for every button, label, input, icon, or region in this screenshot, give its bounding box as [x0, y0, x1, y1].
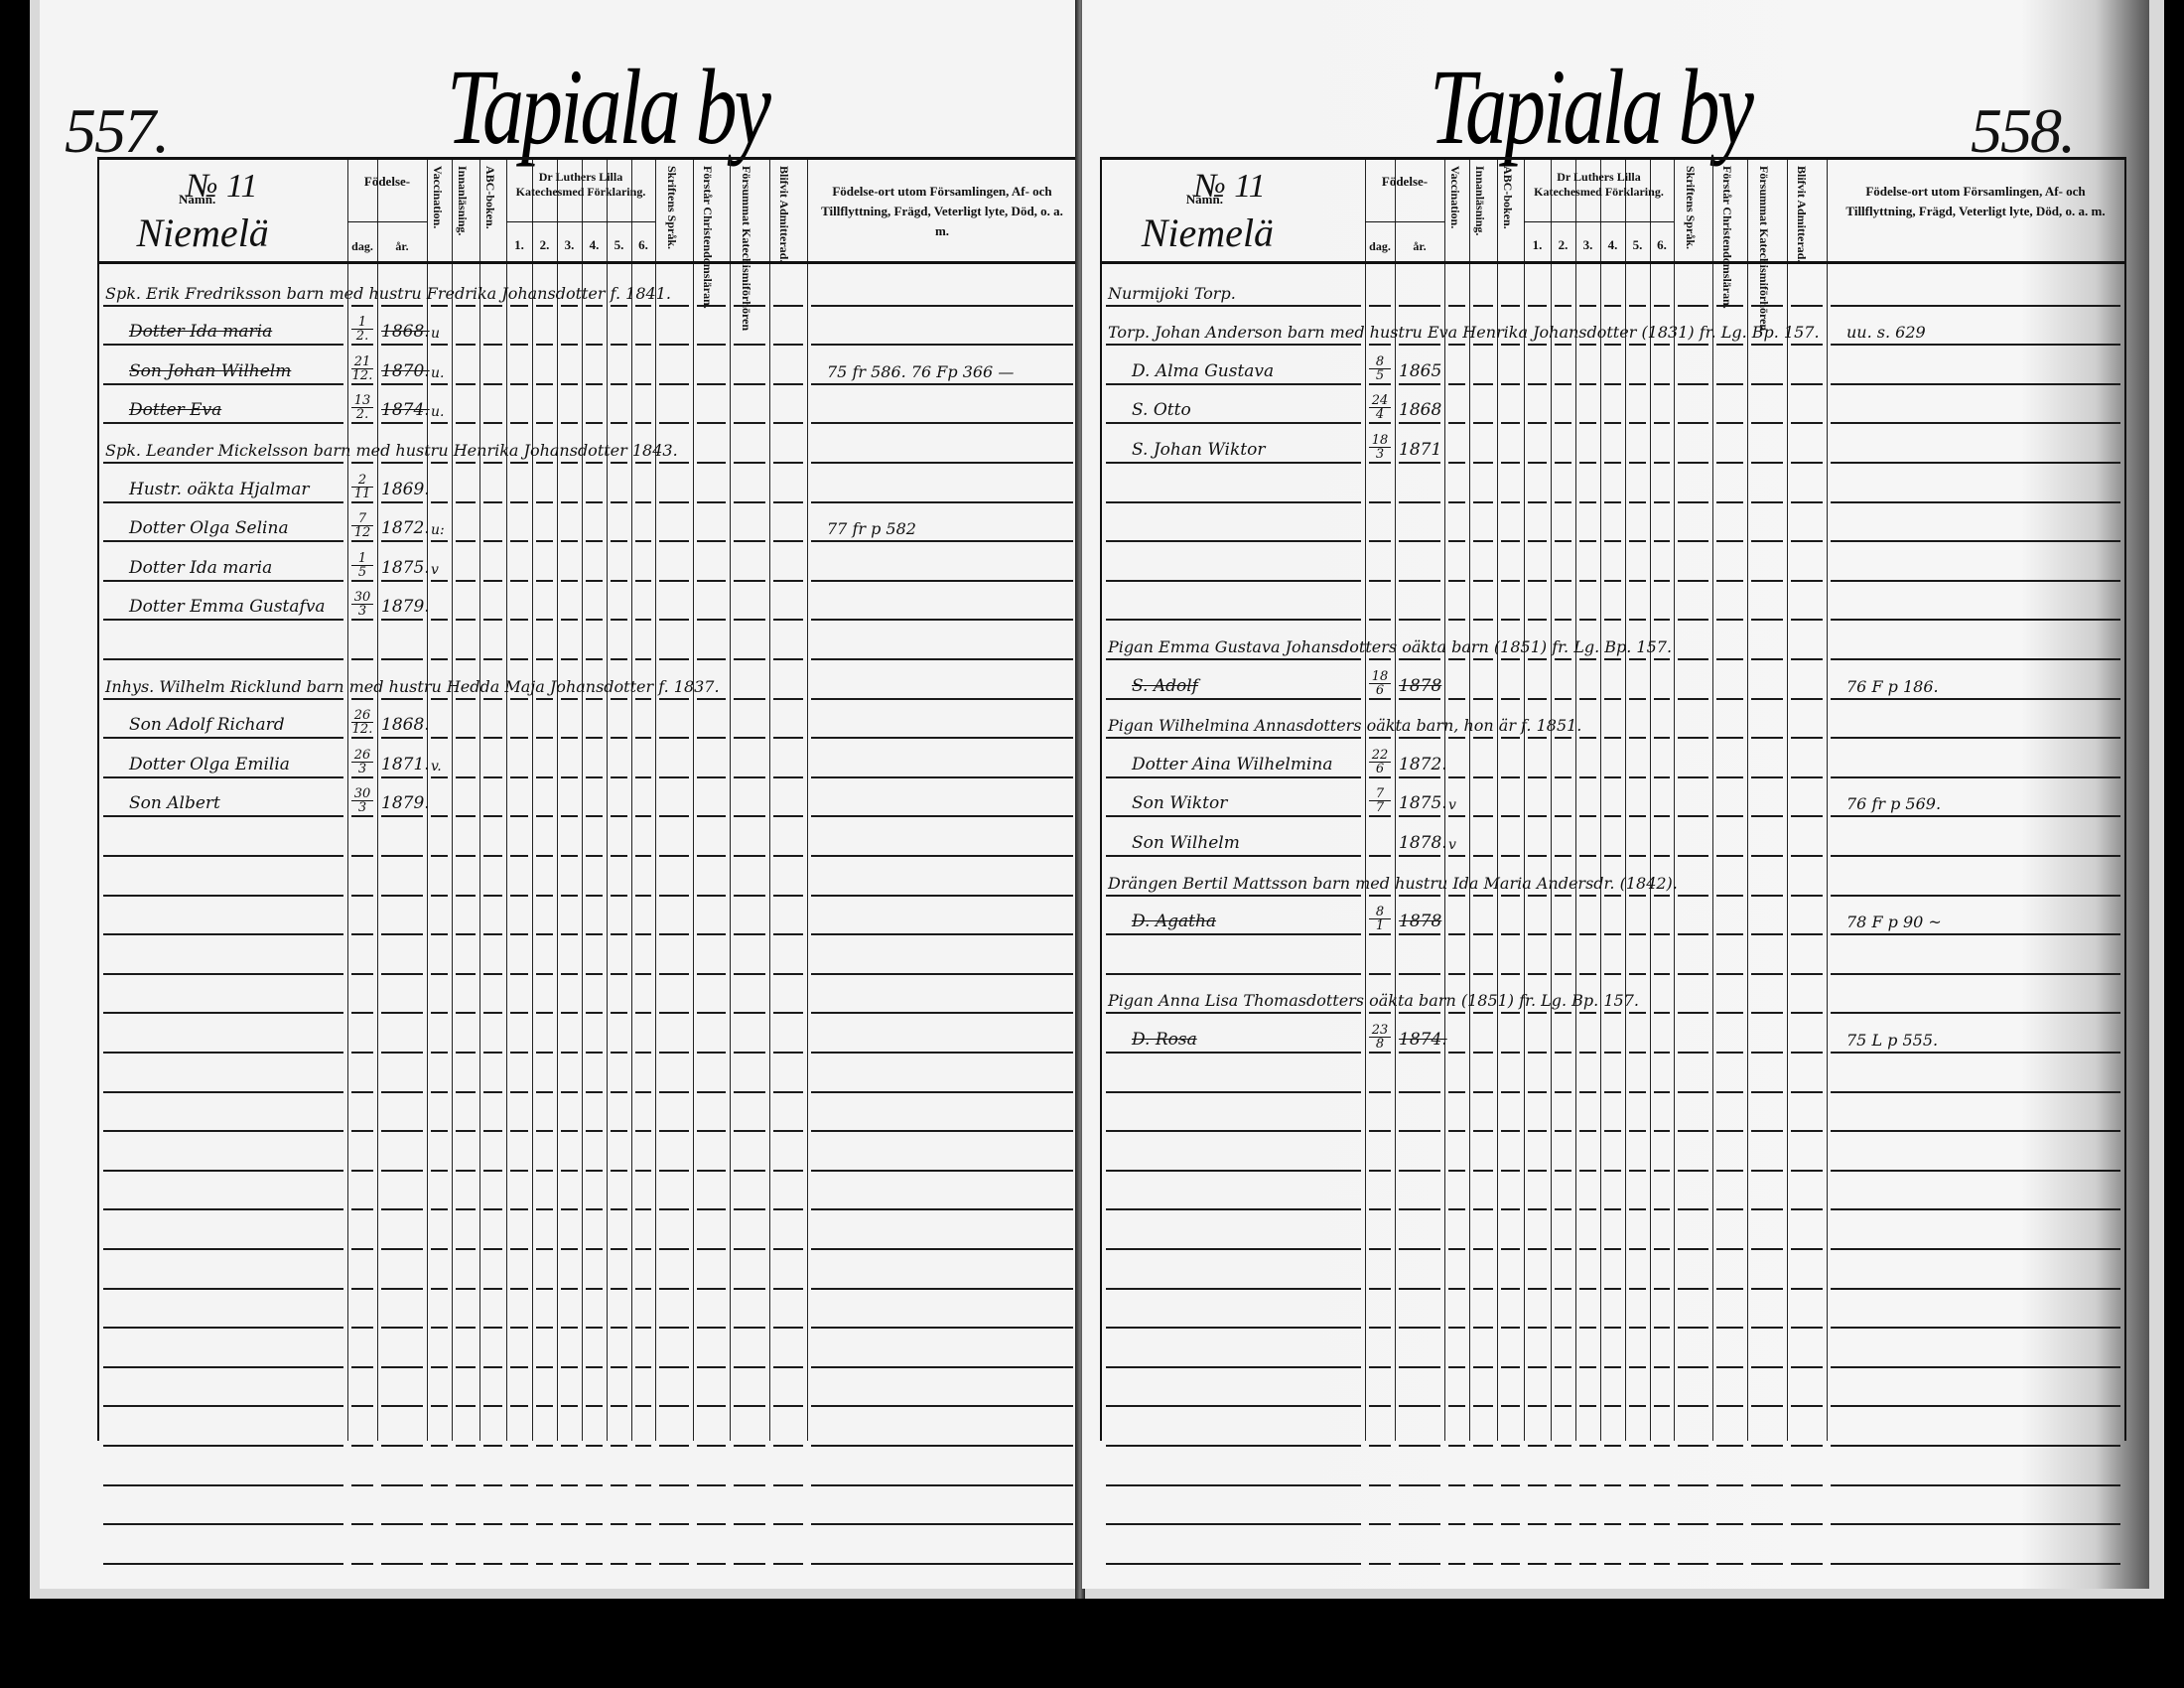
entry-name: Spk. Erik Fredriksson barn med hustru Fr… — [105, 284, 671, 303]
catechism-subline — [506, 221, 655, 222]
admitterad-label: Blifvit Admitterad. — [777, 166, 790, 262]
entry-year: 1871. — [381, 755, 430, 774]
birth-label: Födelse- — [1365, 174, 1444, 190]
entry-note: 75 fr 586. 76 Fp 366 — — [827, 362, 1014, 381]
entry-name: Dotter Emma Gustafva — [129, 597, 326, 617]
table-row — [99, 1250, 1077, 1290]
row-rule — [811, 1563, 1073, 1565]
remarks-label: Födelse-ort utom Församlingen, Af- och T… — [1827, 182, 2124, 221]
table-row — [99, 1407, 1077, 1447]
entry-day: 2112. — [351, 355, 373, 382]
row-rule — [536, 1563, 553, 1565]
row-rule — [1751, 1563, 1783, 1565]
table-row: Dotter Emma Gustafva3031879. — [99, 582, 1077, 622]
entry-name: Pigan Wilhelmina Annasdotters oäkta barn… — [1108, 716, 1581, 735]
table-row — [1102, 1210, 2124, 1250]
table-row — [1102, 1172, 2124, 1211]
entry-day: 85 — [1369, 355, 1391, 382]
innanlasning-label: Innanläsning. — [1473, 166, 1486, 235]
entry-name: D. Rosa — [1132, 1030, 1197, 1050]
entry-name: Son Wiktor — [1132, 793, 1227, 813]
entry-name: Son Albert — [129, 793, 220, 813]
row-rule — [456, 1563, 476, 1565]
row-rule — [1448, 1563, 1465, 1565]
catechism-col-6: 6. — [631, 237, 655, 253]
vaccination-label: Vaccination. — [431, 166, 444, 228]
table-row: Spk. Erik Fredriksson barn med hustru Fr… — [99, 267, 1077, 307]
entry-year: 1868 — [1399, 400, 1441, 420]
table-row: Dotter Eva132.1874.u. — [99, 385, 1077, 425]
table-row: Pigan Anna Lisa Thomasdotters oäkta barn… — [1102, 975, 2124, 1015]
left-page: 557. Tapiala by № 11Namn.NiemeläFödelse-… — [40, 0, 1077, 1589]
entry-name: D. Alma Gustava — [1132, 361, 1274, 381]
entry-year: 1870. — [381, 361, 430, 381]
row-rule — [351, 1563, 373, 1565]
entry-mark: v — [431, 562, 439, 578]
entry-year: 1879. — [381, 597, 430, 617]
farm-name: Niemelä — [1142, 210, 1274, 256]
row-rule — [1106, 1563, 1361, 1565]
entry-name: Dotter Eva — [129, 400, 221, 420]
table-row: Son Wiktor771875.v76 fr p 569. — [1102, 778, 2124, 818]
table-row: Son Wilhelm1878.v — [1102, 817, 2124, 857]
entry-note: 76 F p 186. — [1846, 677, 1939, 696]
entry-name: Nurmijoki Torp. — [1108, 284, 1236, 303]
entry-name: S. Otto — [1132, 400, 1191, 420]
row-rule — [1501, 1563, 1520, 1565]
entry-day: 2612. — [351, 709, 373, 736]
entry-name: Torp. Johan Anderson barn med hustru Eva… — [1108, 323, 1820, 342]
catechism-subline — [1524, 221, 1674, 222]
entry-name: Inhys. Wilhelm Ricklund barn med hustru … — [105, 677, 720, 696]
table-row: Torp. Johan Anderson barn med hustru Eva… — [1102, 307, 2124, 347]
name-label: Namn. — [1186, 192, 1223, 208]
table-row — [99, 1290, 1077, 1330]
entry-name: Pigan Emma Gustava Johansdotters oäkta b… — [1108, 637, 1672, 656]
name-label: Namn. — [179, 192, 215, 208]
entry-name: Son Johan Wilhelm — [129, 361, 291, 381]
entry-day: 303 — [351, 787, 373, 814]
table-row — [1102, 1407, 2124, 1447]
row-rule — [1604, 1563, 1621, 1565]
table-row: Dotter Aina Wilhelmina2261872. — [1102, 739, 2124, 778]
entry-day: 263 — [351, 749, 373, 775]
entry-year: 1875. — [1399, 793, 1447, 813]
entry-mark: v — [1448, 837, 1456, 853]
entry-day: 132. — [351, 394, 373, 421]
row-rule — [1473, 1563, 1493, 1565]
row-rule — [510, 1563, 528, 1565]
table-row — [99, 935, 1077, 975]
table-row: Spk. Leander Mickelsson barn med hustru … — [99, 424, 1077, 464]
table-row — [1102, 935, 2124, 975]
entry-day: 226 — [1369, 749, 1391, 775]
entry-name: Son Wilhelm — [1132, 833, 1240, 853]
entry-name: Hustr. oäkta Hjalmar — [129, 480, 310, 499]
row-rule — [697, 1563, 726, 1565]
table-row: Dotter Ida maria151875.v — [99, 542, 1077, 582]
catechism-col-1: 1. — [1524, 237, 1551, 253]
table-row — [1102, 1447, 2124, 1486]
row-rule — [1555, 1563, 1571, 1565]
innanlasning-label: Innanläsning. — [456, 166, 469, 235]
row-rule — [1791, 1563, 1823, 1565]
table-row: Pigan Emma Gustava Johansdotters oäkta b… — [1102, 621, 2124, 660]
birth-label: Födelse- — [347, 174, 427, 190]
entry-day: 77 — [1369, 787, 1391, 814]
catechism-col-5: 5. — [607, 237, 631, 253]
table-row: Dotter Ida maria12.1868.u — [99, 307, 1077, 347]
entry-note: 75 L p 555. — [1846, 1031, 1938, 1050]
row-rule — [659, 1563, 689, 1565]
entry-year: 1878. — [1399, 833, 1447, 853]
table-row — [1102, 582, 2124, 622]
entry-note: 78 F p 90 ~ — [1846, 913, 1942, 931]
table-row: D. Rosa2381874.75 L p 555. — [1102, 1014, 2124, 1054]
skriftens-label: Skriftens Språk. — [665, 166, 678, 249]
table-row: Son Adolf Richard2612.1868. — [99, 700, 1077, 740]
table-row — [99, 1447, 1077, 1486]
row-rule — [561, 1563, 578, 1565]
entry-note: 76 fr p 569. — [1846, 794, 1941, 813]
entry-day: 712 — [351, 512, 373, 539]
skriftens-label: Skriftens Språk. — [1684, 166, 1697, 249]
table-row — [99, 1486, 1077, 1526]
entry-day: 211 — [351, 474, 373, 500]
entry-mark: v — [1448, 797, 1456, 813]
row-rule — [1654, 1563, 1670, 1565]
table-row: Drängen Bertil Mattsson barn med hustru … — [1102, 857, 2124, 897]
table-row — [1102, 1250, 2124, 1290]
entry-year: 1878 — [1399, 676, 1441, 696]
entry-note: uu. s. 629 — [1846, 323, 1926, 342]
entry-mark: u. — [431, 365, 444, 381]
row-rule — [431, 1563, 448, 1565]
table-row — [99, 1054, 1077, 1093]
entry-year: 1874. — [1399, 1030, 1447, 1050]
entry-day: 81 — [1369, 906, 1391, 932]
table-row — [1102, 1093, 2124, 1133]
catechism-col-6: 6. — [1650, 237, 1674, 253]
catechism-col-3: 3. — [557, 237, 582, 253]
entry-name: Dotter Olga Emilia — [129, 755, 290, 774]
entry-year: 1871 — [1399, 440, 1441, 460]
entry-name: S. Adolf — [1132, 676, 1198, 696]
table-row — [1102, 1329, 2124, 1368]
row-rule — [1399, 1563, 1440, 1565]
table-row — [99, 621, 1077, 660]
table-row: Inhys. Wilhelm Ricklund barn med hustru … — [99, 660, 1077, 700]
row-rule — [1678, 1563, 1708, 1565]
entry-day: 303 — [351, 591, 373, 618]
table-row — [99, 1093, 1077, 1133]
table-row — [99, 975, 1077, 1015]
catechism-label: Dr Luthers Lilla Katechesmed Förklaring. — [1524, 170, 1674, 200]
catechism-col-5: 5. — [1625, 237, 1650, 253]
entry-mark: u: — [431, 522, 445, 538]
table-row — [99, 1525, 1077, 1565]
table-row — [99, 1172, 1077, 1211]
row-rule — [103, 1563, 343, 1565]
entry-mark: u. — [431, 404, 444, 420]
table-row: S. Otto2441868 — [1102, 385, 2124, 425]
header-underline — [1102, 261, 2124, 264]
village-title: Tapiala by — [447, 45, 768, 170]
catechism-col-2: 2. — [532, 237, 557, 253]
table-row — [99, 1014, 1077, 1054]
row-rule — [1629, 1563, 1646, 1565]
admitterad-label: Blifvit Admitterad. — [1795, 166, 1808, 262]
table-row: Son Albert3031879. — [99, 778, 1077, 818]
table-row — [99, 1132, 1077, 1172]
birth-day-label: dag. — [1365, 239, 1395, 254]
birth-year-label: år. — [377, 239, 427, 254]
entry-name: Son Adolf Richard — [129, 715, 285, 735]
table-row — [1102, 503, 2124, 543]
catechism-col-3: 3. — [1575, 237, 1600, 253]
row-rule — [381, 1563, 423, 1565]
birth-year-label: år. — [1395, 239, 1444, 254]
entry-name: Dotter Ida maria — [129, 558, 272, 578]
entry-name: D. Agatha — [1132, 912, 1216, 931]
entry-name: Dotter Aina Wilhelmina — [1132, 755, 1332, 774]
table-row: S. Adolf186187876 F p 186. — [1102, 660, 2124, 700]
entry-day: 186 — [1369, 670, 1391, 697]
table-row — [1102, 1486, 2124, 1526]
birth-subline — [347, 221, 427, 222]
remarks-label: Födelse-ort utom Församlingen, Af- och T… — [807, 182, 1077, 241]
catechism-col-4: 4. — [1600, 237, 1625, 253]
row-rule — [1369, 1563, 1391, 1565]
table-row — [99, 1210, 1077, 1250]
table-row — [99, 897, 1077, 936]
entry-year: 1868. — [381, 322, 430, 342]
entry-day: 244 — [1369, 394, 1391, 421]
table-row — [1102, 1132, 2124, 1172]
row-rule — [734, 1563, 765, 1565]
table-row: S. Johan Wiktor1831871 — [1102, 424, 2124, 464]
entry-name: Drängen Bertil Mattsson barn med hustru … — [1108, 874, 1678, 893]
table-row — [99, 817, 1077, 857]
entry-year: 1872. — [381, 518, 430, 538]
row-rule — [611, 1563, 627, 1565]
entry-day: 12. — [351, 316, 373, 343]
entry-name: Pigan Anna Lisa Thomasdotters oäkta barn… — [1108, 991, 1639, 1010]
village-title: Tapiala by — [1430, 45, 1751, 170]
table-row: Dotter Olga Selina7121872.u:77 fr p 582 — [99, 503, 1077, 543]
entry-year: 1879. — [381, 793, 430, 813]
table-row — [1102, 1368, 2124, 1408]
table-row — [1102, 1290, 2124, 1330]
entry-day: 15 — [351, 552, 373, 579]
row-rule — [1528, 1563, 1547, 1565]
row-rule — [635, 1563, 651, 1565]
entry-year: 1869. — [381, 480, 430, 499]
ledger-table: № 11Namn.NiemeläFödelse-dag.år.Vaccinati… — [1100, 157, 2126, 1441]
row-rule — [1579, 1563, 1596, 1565]
entry-mark: v. — [431, 759, 442, 774]
table-row: D. Alma Gustava851865 — [1102, 346, 2124, 385]
row-rule — [586, 1563, 603, 1565]
right-page: Tapiala by 558. № 11Namn.NiemeläFödelse-… — [1082, 0, 2149, 1589]
table-row — [99, 1368, 1077, 1408]
entry-year: 1874. — [381, 400, 430, 420]
entry-year: 1872. — [1399, 755, 1447, 774]
row-rule — [773, 1563, 803, 1565]
vaccination-label: Vaccination. — [1448, 166, 1461, 228]
farm-name: Niemelä — [137, 210, 269, 256]
entry-mark: u — [431, 326, 440, 342]
table-row: Son Johan Wilhelm2112.1870.u.75 fr 586. … — [99, 346, 1077, 385]
catechism-col-4: 4. — [582, 237, 607, 253]
birth-day-label: dag. — [347, 239, 377, 254]
header-underline — [99, 261, 1077, 264]
entry-day: 183 — [1369, 434, 1391, 461]
table-row: Dotter Olga Emilia2631871.v. — [99, 739, 1077, 778]
row-rule — [1716, 1563, 1743, 1565]
entry-name: S. Johan Wiktor — [1132, 440, 1265, 460]
row-rule — [1831, 1563, 2120, 1565]
entry-year: 1878 — [1399, 912, 1441, 931]
table-row: Pigan Wilhelmina Annasdotters oäkta barn… — [1102, 700, 2124, 740]
birth-subline — [1365, 221, 1444, 222]
table-row: Nurmijoki Torp. — [1102, 267, 2124, 307]
entry-note: 77 fr p 582 — [827, 519, 916, 538]
entry-day: 238 — [1369, 1024, 1391, 1051]
abc-label: ABC-boken. — [483, 166, 496, 229]
table-row — [1102, 1054, 2124, 1093]
table-row — [1102, 1525, 2124, 1565]
catechism-label: Dr Luthers Lilla Katechesmed Förklaring. — [506, 170, 655, 200]
entry-year: 1868. — [381, 715, 430, 735]
table-row: D. Agatha81187878 F p 90 ~ — [1102, 897, 2124, 936]
table-row — [99, 1329, 1077, 1368]
ledger-table: № 11Namn.NiemeläFödelse-dag.år.Vaccinati… — [97, 157, 1079, 1441]
table-row — [99, 857, 1077, 897]
row-rule — [483, 1563, 502, 1565]
entry-name: Spk. Leander Mickelsson barn med hustru … — [105, 441, 678, 460]
table-row: Hustr. oäkta Hjalmar2111869. — [99, 464, 1077, 503]
catechism-col-2: 2. — [1551, 237, 1575, 253]
table-row — [1102, 464, 2124, 503]
entry-name: Dotter Ida maria — [129, 322, 272, 342]
entry-year: 1875. — [381, 558, 430, 578]
table-row — [1102, 542, 2124, 582]
entry-year: 1865 — [1399, 361, 1441, 381]
abc-label: ABC-boken. — [1501, 166, 1514, 229]
entry-name: Dotter Olga Selina — [129, 518, 289, 538]
catechism-col-1: 1. — [506, 237, 532, 253]
